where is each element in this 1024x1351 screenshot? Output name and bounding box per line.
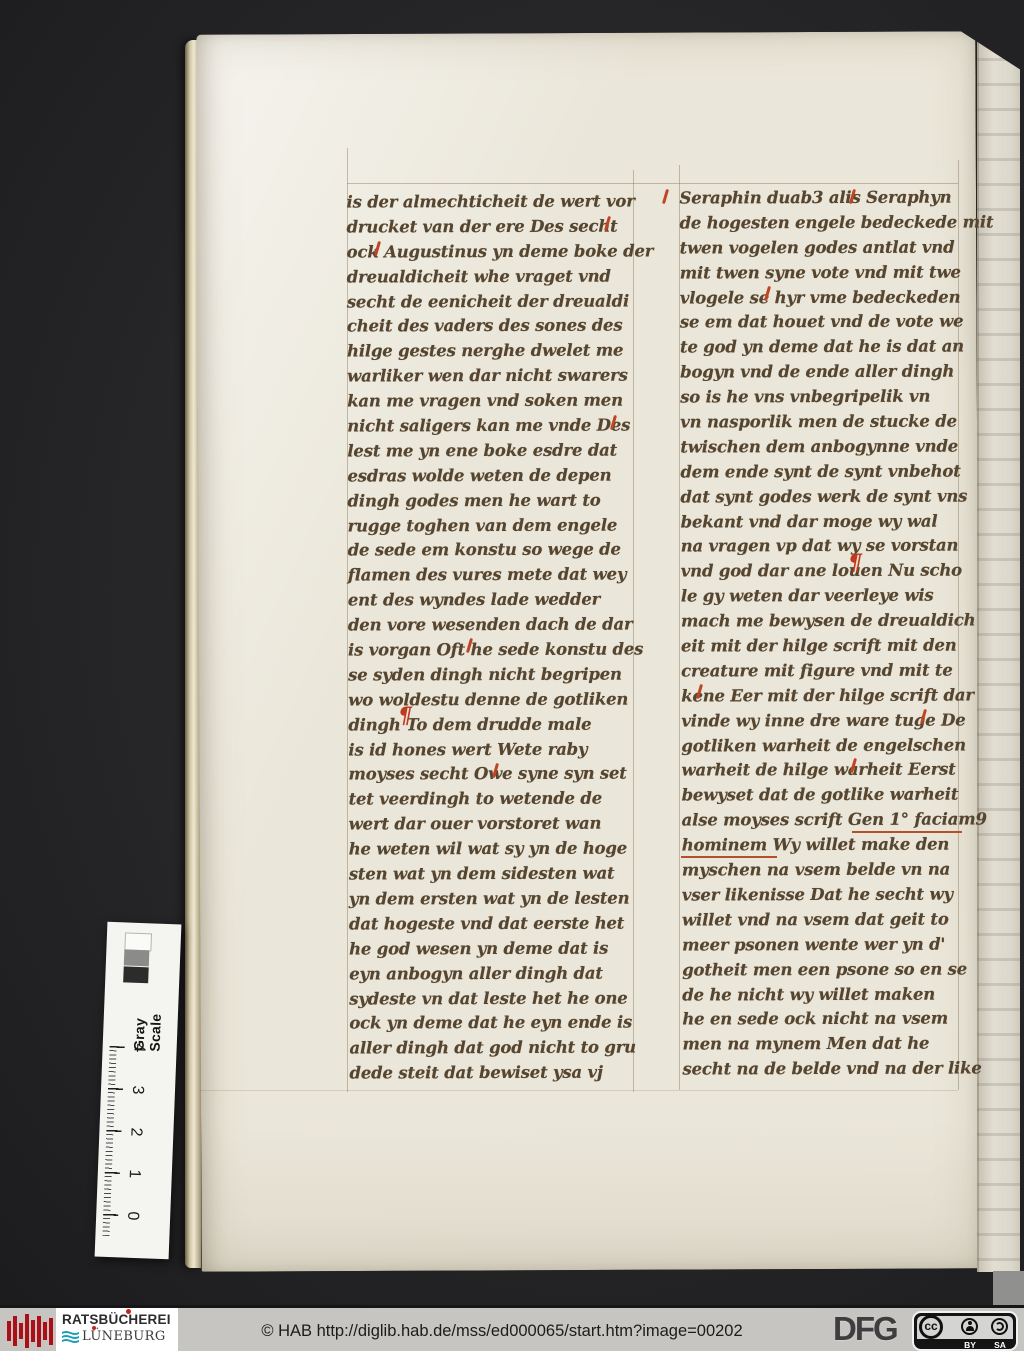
manuscript-text-line: he en sede ock nicht na vsem <box>682 1007 974 1033</box>
manuscript-text-line: vn nasporlik men de stucke de <box>680 410 972 436</box>
manuscript-text-line: creature mit figure vnd mit te <box>681 658 973 684</box>
share-alike-arrow-icon <box>991 1318 1008 1335</box>
black-patch <box>123 966 149 983</box>
manuscript-text-line: kan me vragen vnd soken men <box>347 389 639 415</box>
manuscript-text-line: ock Augustinus yn deme boke der <box>347 239 639 265</box>
manuscript-text-line: bewyset dat de gotlike warheit <box>682 783 974 809</box>
manuscript-text-line: dingh godes men he wart to <box>347 488 639 514</box>
manuscript-text-line: esdras wolde weten de depen <box>347 463 639 489</box>
digitized-manuscript-viewer: is der almechticheit de wert vordrucket … <box>0 0 1024 1351</box>
dfg-logo[interactable]: DFG <box>833 1310 897 1348</box>
manuscript-text-line: drucket van der ere Des secht <box>347 214 639 240</box>
manuscript-text-line: is der almechticheit de wert vor <box>346 189 638 215</box>
manuscript-text-line: mit twen syne vote vnd mit twe <box>680 260 972 286</box>
manuscript-photo: is der almechticheit de wert vordrucket … <box>0 0 1024 1305</box>
manuscript-text-line: vnd god dar ane louen Nu scho <box>681 559 973 585</box>
manuscript-text-line: yn dem ersten wat yn de lesten <box>349 886 641 912</box>
manuscript-text-line: dede steit dat bewiset ysa vj <box>349 1061 641 1087</box>
manuscript-text-line: te god yn deme dat he is dat an <box>680 335 972 361</box>
ruler-number: 0 <box>123 1207 142 1226</box>
manuscript-text-line: dreualdicheit whe vraget vnd <box>347 264 639 290</box>
text-column-left: is der almechticheit de wert vordrucket … <box>346 189 641 1086</box>
manuscript-text-line: ock yn deme dat he eyn ende is <box>349 1011 641 1037</box>
manuscript-text-line: he god wesen yn deme dat is <box>349 936 641 962</box>
manuscript-text-line: den vore wesenden dach de dar <box>348 613 640 639</box>
red-pilcrow-mark: ¶ <box>848 552 862 574</box>
manuscript-text-line: de sede em konstu so wege de <box>348 538 640 564</box>
manuscript-text-line: eyn anbogyn aller dingh dat <box>349 961 641 987</box>
sa-label: SA <box>990 1340 1010 1350</box>
manuscript-text-line: sten wat yn dem sidesten wat <box>349 862 641 888</box>
manuscript-text-line: so is he vns vnbegripelik vn <box>680 385 972 411</box>
ruling-line <box>200 1090 958 1091</box>
manuscript-text-line: lest me yn ene boke esdre dat <box>347 438 639 464</box>
manuscript-text-line: mach me bewysen de dreualdich <box>681 609 973 635</box>
source-url[interactable]: © HAB http://diglib.hab.de/mss/ed000065/… <box>240 1308 764 1351</box>
gray-patch <box>124 949 150 966</box>
red-dot-icon <box>92 1326 96 1330</box>
manuscript-text-line: he weten wil wat sy yn de hoge <box>349 837 641 863</box>
manuscript-text-line: willet vnd na vsem dat geit to <box>682 907 974 933</box>
manuscript-text-line: le gy weten dar veerleye wis <box>681 584 973 610</box>
manuscript-text-line: se em dat houet vnd de vote we <box>680 310 972 336</box>
manuscript-text-line: Seraphin duab3 alis Seraphyn <box>679 185 971 211</box>
ruler-number: 3 <box>128 1081 147 1100</box>
gray-scale-ruler: Gray Scale 43210 <box>95 922 182 1260</box>
ruling-line <box>347 183 958 184</box>
manuscript-text-line: myschen na vsem belde vn na <box>682 858 974 884</box>
ruler-numbers: 43210 <box>107 922 181 925</box>
ruler-number: 2 <box>126 1123 145 1142</box>
manuscript-text-line: vlogele se hyr vme bedeckeden <box>680 285 972 311</box>
manuscript-text-line: cheit des vaders des sones des <box>347 314 639 340</box>
attribution-person-icon <box>961 1318 978 1335</box>
manuscript-text-line: kene Eer mit der hilge scrift dar <box>681 683 973 709</box>
fore-edge-patch <box>993 1271 1024 1305</box>
library-logo-bars-icon <box>7 1313 53 1349</box>
red-underline-mark <box>852 831 962 833</box>
manuscript-text-line: wert dar ouer vorstoret wan <box>349 812 641 838</box>
manuscript-text-line: aller dingh dat god nicht to gru <box>349 1036 641 1062</box>
manuscript-text-line: flamen des vures mete dat wey <box>348 563 640 589</box>
manuscript-text-line: hilge gestes nerghe dwelet me <box>347 339 639 365</box>
manuscript-text-line: dem ende synt de synt vnbehot <box>680 459 972 485</box>
manuscript-text-line: hominem Wy willet make den <box>682 833 974 859</box>
manuscript-text-line: de hogesten engele bedeckede mit <box>680 210 972 236</box>
manuscript-text-line: gotliken warheit de engelschen <box>681 733 973 759</box>
manuscript-text-line: bogyn vnd de ende aller dingh <box>680 360 972 386</box>
manuscript-text-line: alse moyses scrift Gen 1° faciam9 <box>682 808 974 834</box>
manuscript-text-line: vinde wy inne dre ware tuge De <box>681 708 973 734</box>
by-label: BY <box>960 1340 980 1350</box>
book-waves-icon <box>62 1330 79 1343</box>
manuscript-text-line: meer psonen wente wer yn d' <box>682 932 974 958</box>
manuscript-text-line: warheit de hilge warheit Eerst <box>681 758 973 784</box>
cc-icon: cc <box>919 1315 943 1339</box>
manuscript-text-line: eit mit der hilge scrift mit den <box>681 634 973 660</box>
footer-bar: RATSBÜCHEREI LÜNEBURG © HAB http://digli… <box>0 1305 1024 1351</box>
manuscript-text-line: se syden dingh nicht begripen <box>348 662 640 688</box>
manuscript-text-line: dat synt godes werk de synt vns <box>680 484 972 510</box>
red-pilcrow-mark: ¶ <box>398 705 412 727</box>
ruler-number: 4 <box>129 1039 148 1058</box>
manuscript-text-line: tet veerdingh to wetende de <box>349 787 641 813</box>
manuscript-text-line: ent des wyndes lade wedder <box>348 588 640 614</box>
ruler-ticks-cm <box>102 1046 124 1236</box>
manuscript-text-line: nicht saligers kan me vnde Des <box>347 414 639 440</box>
manuscript-text-line: gotheit men een psone so en se <box>682 957 974 983</box>
manuscript-text-line: de he nicht wy willet maken <box>682 982 974 1008</box>
library-name-line1: RATSBÜCHEREI <box>62 1312 174 1327</box>
manuscript-text-line: is vorgan Oft he sede konstu des <box>348 638 640 664</box>
manuscript-text-line: twischen dem anbogynne vnde <box>680 434 972 460</box>
library-name-line2: LÜNEBURG <box>82 1329 166 1344</box>
manuscript-text-line: is id hones wert Wete raby <box>348 737 640 763</box>
manuscript-text-line: warliker wen dar nicht swarers <box>347 364 639 390</box>
manuscript-text-line: rugge toghen van dem engele <box>348 513 640 539</box>
manuscript-text-line: vser likenisse Dat he secht wy <box>682 882 974 908</box>
text-column-right: Seraphin duab3 alis Seraphynde hogesten … <box>679 185 974 1082</box>
library-logo[interactable]: RATSBÜCHEREI LÜNEBURG <box>56 1308 178 1351</box>
manuscript-text-line: secht na de belde vnd na der like <box>682 1057 974 1083</box>
manuscript-text-line: na vragen vp dat wy se vorstan <box>681 534 973 560</box>
manuscript-text-line: bekant vnd dar moge wy wal <box>681 509 973 535</box>
red-dot-icon <box>126 1309 131 1314</box>
manuscript-text-line: dat hogeste vnd dat eerste het <box>349 911 641 937</box>
cc-license-badge[interactable]: cc BY SA <box>912 1311 1018 1351</box>
manuscript-text-line: sydeste vn dat leste het he one <box>349 986 641 1012</box>
facing-page-edge <box>977 8 1020 1272</box>
manuscript-text-line: secht de eenicheit der dreualdi <box>347 289 639 315</box>
manuscript-text-line: men na mynem Men dat he <box>682 1032 974 1058</box>
manuscript-text-line: wo woldestu denne de gotliken <box>348 687 640 713</box>
manuscript-text-line: dingh To dem drudde male <box>348 712 640 738</box>
manuscript-text-line: twen vogelen godes antlat vnd <box>680 235 972 261</box>
ruler-number: 1 <box>124 1165 143 1184</box>
red-underline-mark <box>681 856 777 858</box>
